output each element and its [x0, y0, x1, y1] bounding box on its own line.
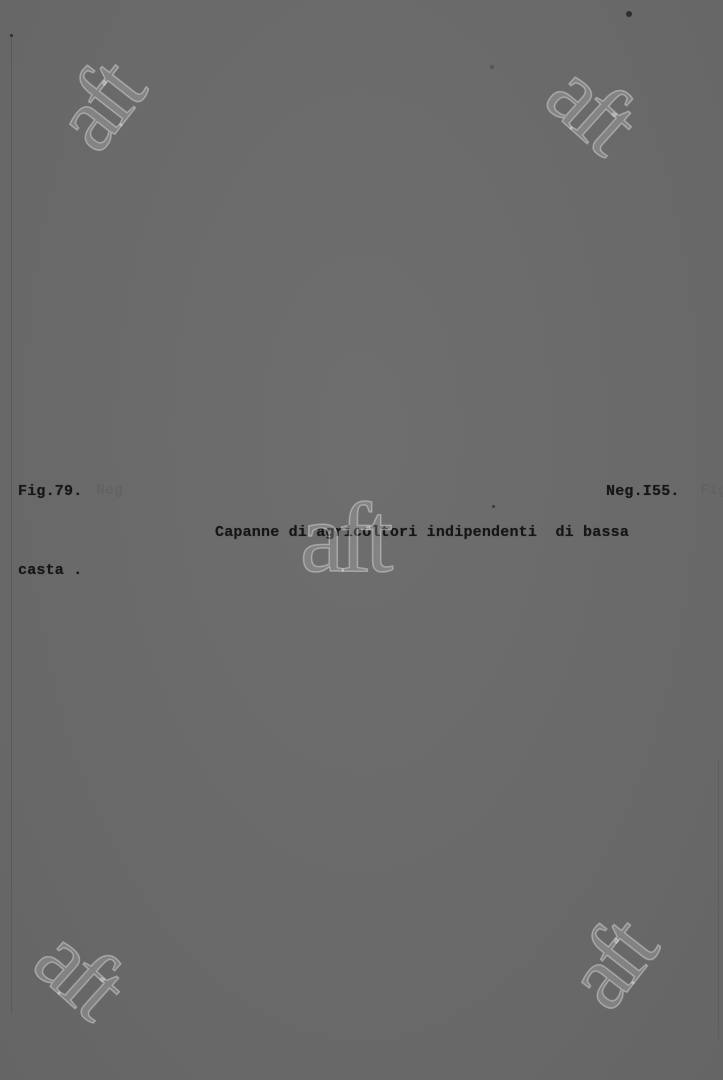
caption-line-2: casta .	[18, 562, 82, 579]
dust-speck	[626, 11, 632, 17]
scanned-card: Neg Fig Fig.79. Neg.I55. Capanne di agri…	[0, 0, 723, 1080]
caption-line-1: Capanne di agricoltori indipendenti di b…	[215, 524, 629, 541]
card-right-edge	[718, 760, 719, 1040]
watermark-top-right: aft	[531, 45, 651, 166]
show-through-text: Fig	[700, 482, 723, 499]
show-through-text: Neg	[96, 482, 123, 499]
dust-speck	[10, 34, 13, 37]
negative-label: Neg.I55.	[606, 483, 680, 500]
card-left-edge	[11, 34, 12, 1014]
figure-label: Fig.79.	[18, 483, 82, 500]
watermark-bottom-left: aft	[19, 910, 139, 1031]
dust-speck	[490, 65, 494, 69]
dust-speck	[492, 505, 495, 508]
watermark-bottom-right: aft	[549, 905, 670, 1024]
watermark-top-left: aft	[37, 47, 158, 166]
